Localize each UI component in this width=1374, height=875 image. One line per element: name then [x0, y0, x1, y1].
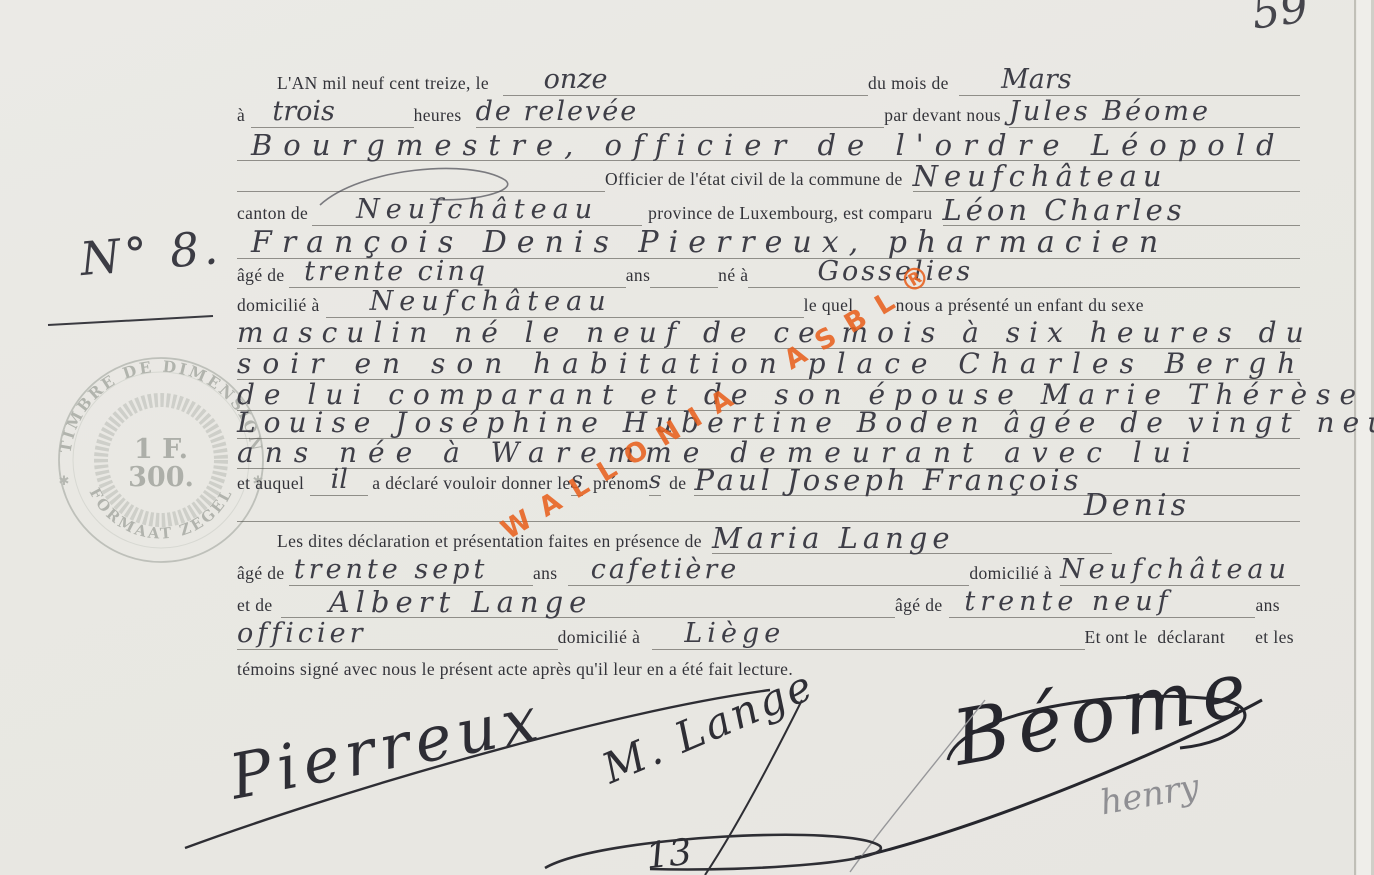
handwritten-witness1-residence: Neufchâteau: [1060, 555, 1300, 586]
ruled-blank: [1032, 520, 1112, 554]
handwritten-address-details: soir en son habitation place Charles Ber…: [237, 349, 1306, 379]
printed-text: ans: [1255, 592, 1280, 618]
ruled-blank: [656, 284, 804, 318]
signature-officer: Béome: [952, 672, 1256, 754]
handwritten-title-line: Bourgmestre, officier de l'ordre Léopold: [237, 130, 1286, 160]
printed-text: témoins signé avec nous le présent acte …: [237, 656, 793, 682]
ruled-blank: [648, 62, 868, 96]
handwritten-commune: Neufchâteau: [913, 161, 1300, 192]
ruled-blank: [356, 94, 413, 128]
signature-declarant: Pierreux: [228, 703, 545, 793]
pencil-annotation: henry: [1098, 772, 1201, 819]
ruled-blank: [817, 616, 1084, 650]
form-line-9: masculin né le neuf de ce mois à six heu…: [237, 314, 1300, 349]
ruled-blank: [1189, 584, 1256, 618]
page-number: 59: [1250, 0, 1310, 30]
signature-witness1: M. Lange: [599, 669, 818, 785]
handwritten-officer-name: Jules Béome: [1009, 97, 1259, 128]
printed-text: Et ont le: [1085, 624, 1148, 650]
handwritten-witness1-age: trente sept: [289, 555, 494, 586]
printed-text: domicilié à: [969, 560, 1052, 586]
ruled-blank: [1259, 94, 1300, 128]
ruled-blank: [638, 94, 884, 128]
printed-text: ans: [533, 560, 558, 586]
form-line-18: et de Albert Lange âgé de trente neuf an…: [237, 584, 1300, 618]
printed-text: à: [237, 102, 245, 128]
revenue-stamp: TIMBRE DE DIMENSION FORMAAT ZEGEL 1 F. 3…: [55, 354, 267, 566]
handwritten-relevee: de relevée: [476, 97, 639, 128]
handwritten-child-lastname: Denis: [1084, 491, 1190, 521]
stamp-value-top: 1 F.: [134, 434, 188, 465]
form-line-8: domicilié à Neufchâteau le quel nous a p…: [237, 284, 1300, 318]
ruled-blank: [988, 254, 1300, 288]
stamp-value-bottom: 300.: [128, 462, 194, 493]
ruled-blank: [650, 254, 718, 288]
ruled-blank: [237, 158, 605, 192]
ruled-blank: [641, 584, 895, 618]
printed-text: âgé de: [237, 560, 285, 586]
printed-text: et de: [237, 592, 273, 618]
handwritten-witness1-name: Maria Lange: [712, 523, 1032, 554]
ruled-blank: [1114, 62, 1300, 96]
handwritten-witness2-name: Albert Lange: [281, 587, 641, 618]
printed-text: heures: [414, 102, 462, 128]
printed-text: et les: [1255, 624, 1294, 650]
form-line-1: L'AN mil neuf cent treize, le onze du mo…: [237, 62, 1300, 96]
printed-text: âgé de: [895, 592, 943, 618]
stamp-star-left-icon: ✱: [59, 473, 70, 488]
printed-text: Officier de l'état civil de la commune d…: [605, 166, 903, 192]
form-line-2: à trois heures de relevée par devant nou…: [237, 94, 1300, 128]
form-line-19: officier domicilié à Liège Et ont le déc…: [237, 616, 1300, 650]
handwritten-birth-details: masculin né le neuf de ce mois à six heu…: [237, 318, 1313, 348]
printed-text: domicilié à: [558, 624, 641, 650]
form-line-7: âgé de trente cinq ans né à Gosselies: [237, 254, 1300, 288]
handwritten-witness2-age: trente neuf: [949, 587, 1189, 618]
form-line-3: Bourgmestre, officier de l'ordre Léopold: [237, 126, 1300, 161]
handwritten-witness1-profession: cafetière: [568, 555, 763, 586]
ruled-blank: [763, 552, 970, 586]
act-number-underline: [48, 316, 213, 325]
form-line-16: Les dites déclaration et présentation fa…: [237, 520, 1300, 554]
handwritten-hour: trois: [251, 97, 356, 128]
bottom-fragment: 13: [645, 838, 694, 873]
ruled-blank: [494, 552, 533, 586]
ruled-blank: [504, 254, 626, 288]
handwritten-declarant-firstnames: Léon Charles: [943, 195, 1300, 226]
act-number: N° 8.: [79, 232, 223, 274]
handwritten-witness2-profession: officier: [237, 619, 417, 650]
printed-text: canton de: [237, 200, 308, 226]
form-line-10: soir en son habitation place Charles Ber…: [237, 345, 1300, 380]
ruled-blank: [748, 254, 802, 288]
form-line-15: Denis: [237, 487, 1300, 522]
handwritten-canton: Neufchâteau: [312, 195, 642, 226]
printed-text: déclarant: [1157, 624, 1225, 650]
handwritten-day: onze: [503, 65, 648, 96]
stamp-arc-bottom-text: FORMAAT ZEGEL: [86, 485, 237, 543]
ruled-blank: [417, 616, 558, 650]
bottom-oval-stroke: [545, 835, 881, 870]
form-line-5: canton de Neufchâteau province de Luxemb…: [237, 192, 1300, 226]
printed-text: L'AN mil neuf cent treize, le: [277, 70, 489, 96]
form-line-17: âgé de trente sept ans cafetière domicil…: [237, 552, 1300, 586]
printed-text: par devant nous: [884, 102, 1001, 128]
handwritten-witness2-residence: Liège: [652, 619, 817, 650]
handwritten-month: Mars: [959, 65, 1114, 96]
form-line-4: Officier de l'état civil de la commune d…: [237, 158, 1300, 192]
printed-text: Les dites déclaration et présentation fa…: [277, 528, 702, 554]
printed-text: du mois de: [868, 70, 949, 96]
birth-certificate-scan: 59 N° 8. TIMBRE DE DIMENSION FORMAAT ZEG…: [0, 0, 1374, 875]
printed-text: province de Luxembourg, est comparu: [648, 200, 932, 226]
